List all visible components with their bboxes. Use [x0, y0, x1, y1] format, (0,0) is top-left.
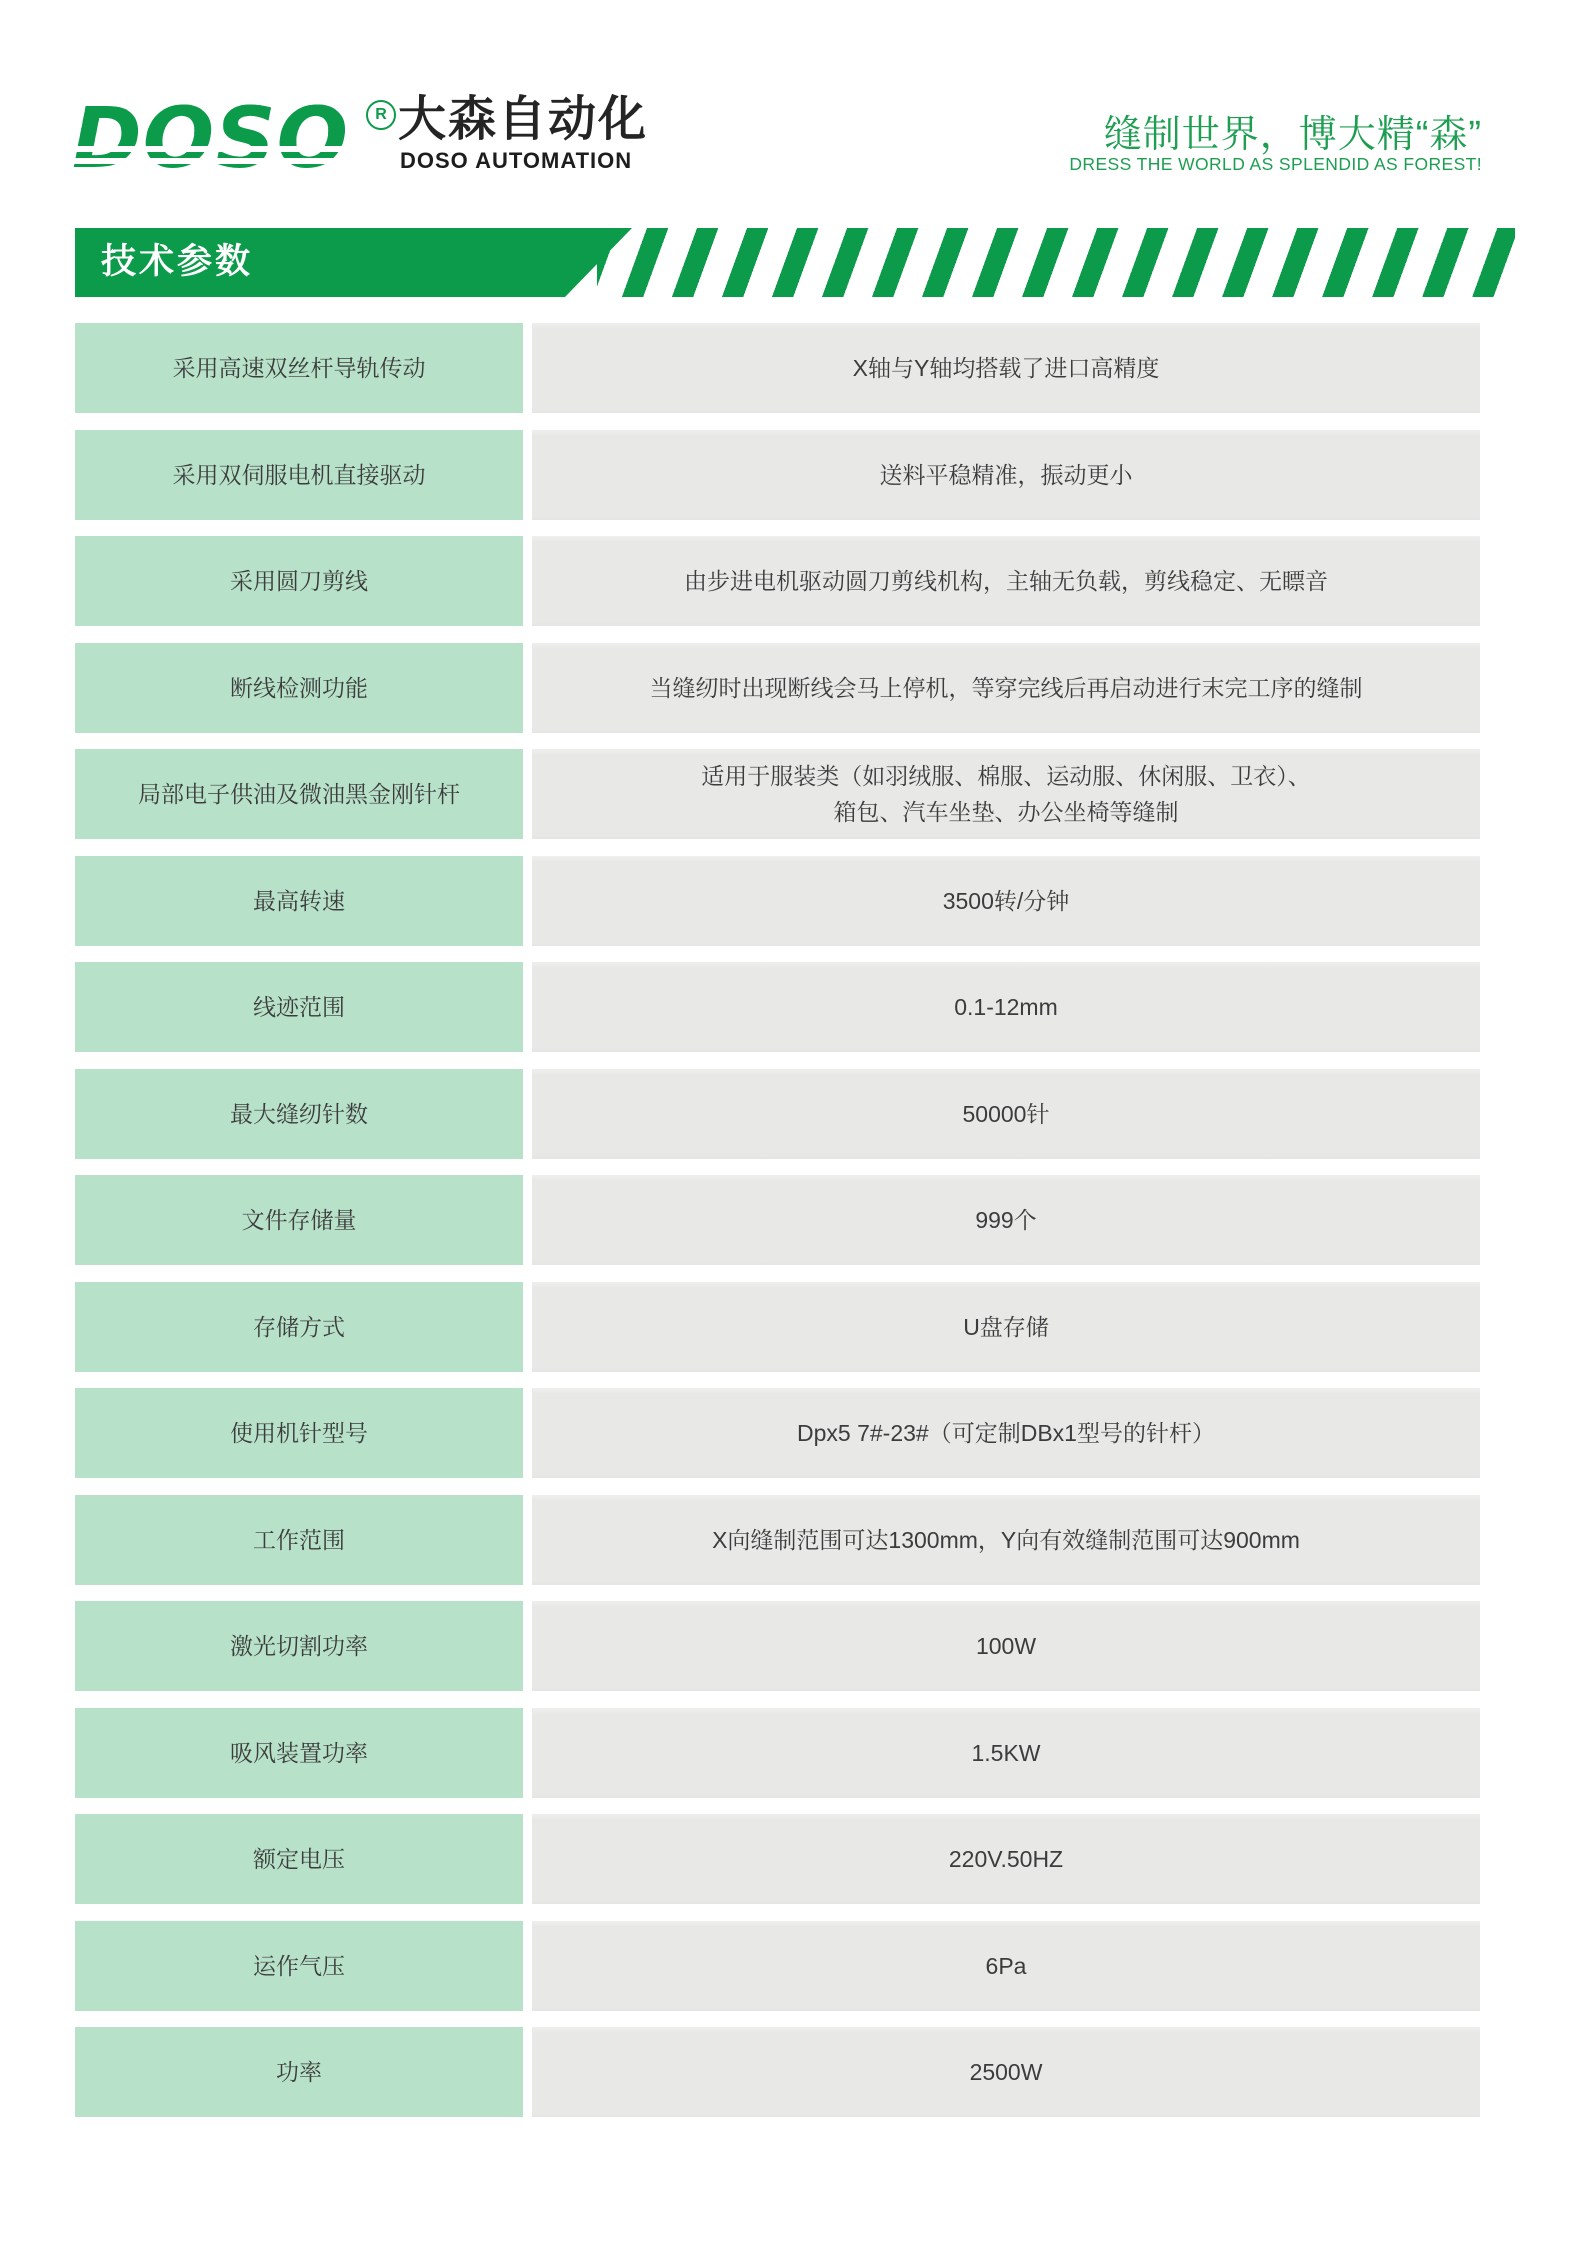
param-cell: 最高转速: [75, 856, 523, 946]
param-cell: 功率: [75, 2027, 523, 2117]
table-row: 采用圆刀剪线由步进电机驱动圆刀剪线机构，主轴无负载，剪线稳定、无瞟音: [75, 536, 1480, 626]
tagline-en: DRESS THE WORLD AS SPLENDID AS FOREST!: [1069, 154, 1482, 175]
value-cell: U盘存储: [532, 1282, 1480, 1372]
param-cell: 工作范围: [75, 1495, 523, 1585]
param-cell: 使用机针型号: [75, 1388, 523, 1478]
table-row: 工作范围X向缝制范围可达1300mm，Y向有效缝制范围可达900mm: [75, 1495, 1480, 1585]
value-cell: 0.1-12mm: [532, 962, 1480, 1052]
table-row: 存储方式U盘存储: [75, 1282, 1480, 1372]
param-cell: 采用高速双丝杆导轨传动: [75, 323, 523, 413]
value-cell: 由步进电机驱动圆刀剪线机构，主轴无负载，剪线稳定、无瞟音: [532, 536, 1480, 626]
value-cell: 送料平稳精准，振动更小: [532, 430, 1480, 520]
table-row: 线迹范围0.1-12mm: [75, 962, 1480, 1052]
param-cell: 最大缝纫针数: [75, 1069, 523, 1159]
value-cell: 2500W: [532, 2027, 1480, 2117]
registered-trademark-icon: R: [366, 100, 396, 130]
value-cell: X向缝制范围可达1300mm，Y向有效缝制范围可达900mm: [532, 1495, 1480, 1585]
param-cell: 线迹范围: [75, 962, 523, 1052]
doso-logo: DOSO: [72, 92, 349, 184]
param-cell: 文件存储量: [75, 1175, 523, 1265]
value-cell: 当缝纫时出现断线会马上停机，等穿完线后再启动进行末完工序的缝制: [532, 643, 1480, 733]
param-cell: 运作气压: [75, 1921, 523, 2011]
value-cell: Dpx5 7#-23#（可定制DBx1型号的针杆）: [532, 1388, 1480, 1478]
value-cell: 适用于服装类（如羽绒服、棉服、运动服、休闲服、卫衣）、 箱包、汽车坐垫、办公坐椅…: [532, 749, 1480, 839]
table-row: 吸风装置功率1.5KW: [75, 1708, 1480, 1798]
value-cell: X轴与Y轴均搭载了进口高精度: [532, 323, 1480, 413]
param-cell: 额定电压: [75, 1814, 523, 1904]
value-cell: 220V.50HZ: [532, 1814, 1480, 1904]
table-row: 运作气压6Pa: [75, 1921, 1480, 2011]
table-row: 使用机针型号Dpx5 7#-23#（可定制DBx1型号的针杆）: [75, 1388, 1480, 1478]
table-row: 采用双伺服电机直接驱动送料平稳精准，振动更小: [75, 430, 1480, 520]
table-row: 额定电压220V.50HZ: [75, 1814, 1480, 1904]
param-cell: 吸风装置功率: [75, 1708, 523, 1798]
param-cell: 激光切割功率: [75, 1601, 523, 1691]
value-cell: 6Pa: [532, 1921, 1480, 2011]
diagonal-stripes-decoration: [597, 228, 1515, 297]
value-cell: 999个: [532, 1175, 1480, 1265]
table-row: 激光切割功率100W: [75, 1601, 1480, 1691]
table-row: 局部电子供油及微油黑金刚针杆适用于服装类（如羽绒服、棉服、运动服、休闲服、卫衣）…: [75, 749, 1480, 839]
table-row: 文件存储量999个: [75, 1175, 1480, 1265]
table-row: 最大缝纫针数50000针: [75, 1069, 1480, 1159]
value-cell: 100W: [532, 1601, 1480, 1691]
value-cell: 3500转/分钟: [532, 856, 1480, 946]
section-banner: 技术参数: [75, 228, 1515, 297]
tagline-cn: 缝制世界，博大精“森”: [1104, 103, 1482, 158]
param-cell: 断线检测功能: [75, 643, 523, 733]
param-cell: 局部电子供油及微油黑金刚针杆: [75, 749, 523, 839]
value-cell: 50000针: [532, 1069, 1480, 1159]
value-cell: 1.5KW: [532, 1708, 1480, 1798]
param-cell: 存储方式: [75, 1282, 523, 1372]
company-name-cn: 大森自动化: [398, 94, 648, 146]
table-row: 功率2500W: [75, 2027, 1480, 2117]
table-row: 断线检测功能当缝纫时出现断线会马上停机，等穿完线后再启动进行末完工序的缝制: [75, 643, 1480, 733]
spec-table: 采用高速双丝杆导轨传动X轴与Y轴均搭载了进口高精度采用双伺服电机直接驱动送料平稳…: [75, 323, 1480, 2134]
param-cell: 采用双伺服电机直接驱动: [75, 430, 523, 520]
param-cell: 采用圆刀剪线: [75, 536, 523, 626]
spec-sheet-page: DOSO R 大森自动化 DOSO AUTOMATION 缝制世界，博大精“森”…: [0, 0, 1587, 2245]
table-row: 最高转速3500转/分钟: [75, 856, 1480, 946]
section-title: 技术参数: [101, 228, 253, 297]
table-row: 采用高速双丝杆导轨传动X轴与Y轴均搭载了进口高精度: [75, 323, 1480, 413]
company-name-en: DOSO AUTOMATION: [400, 148, 632, 174]
